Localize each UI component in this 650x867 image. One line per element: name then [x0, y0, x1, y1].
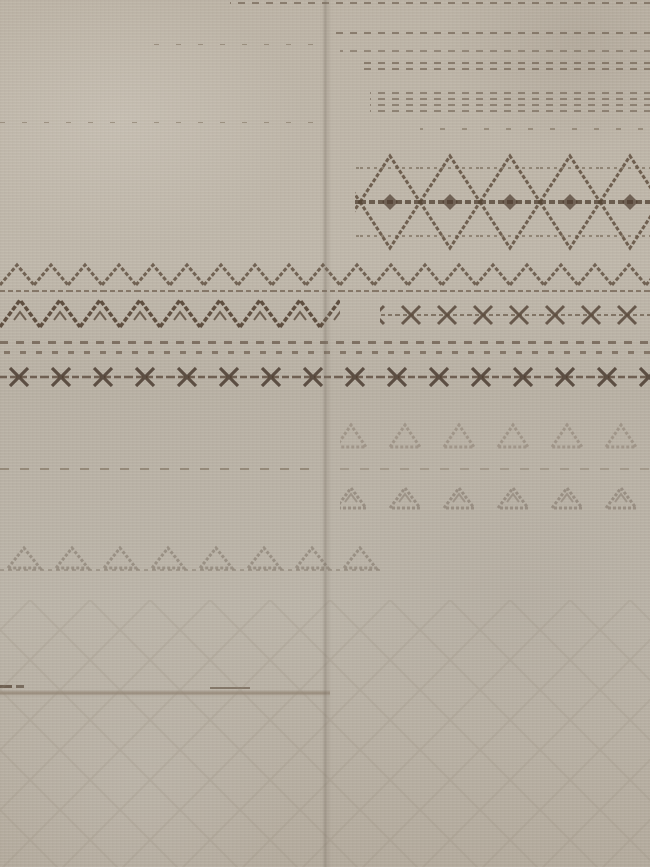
- rug-photo: [0, 0, 650, 867]
- vertical-seam: [322, 0, 332, 867]
